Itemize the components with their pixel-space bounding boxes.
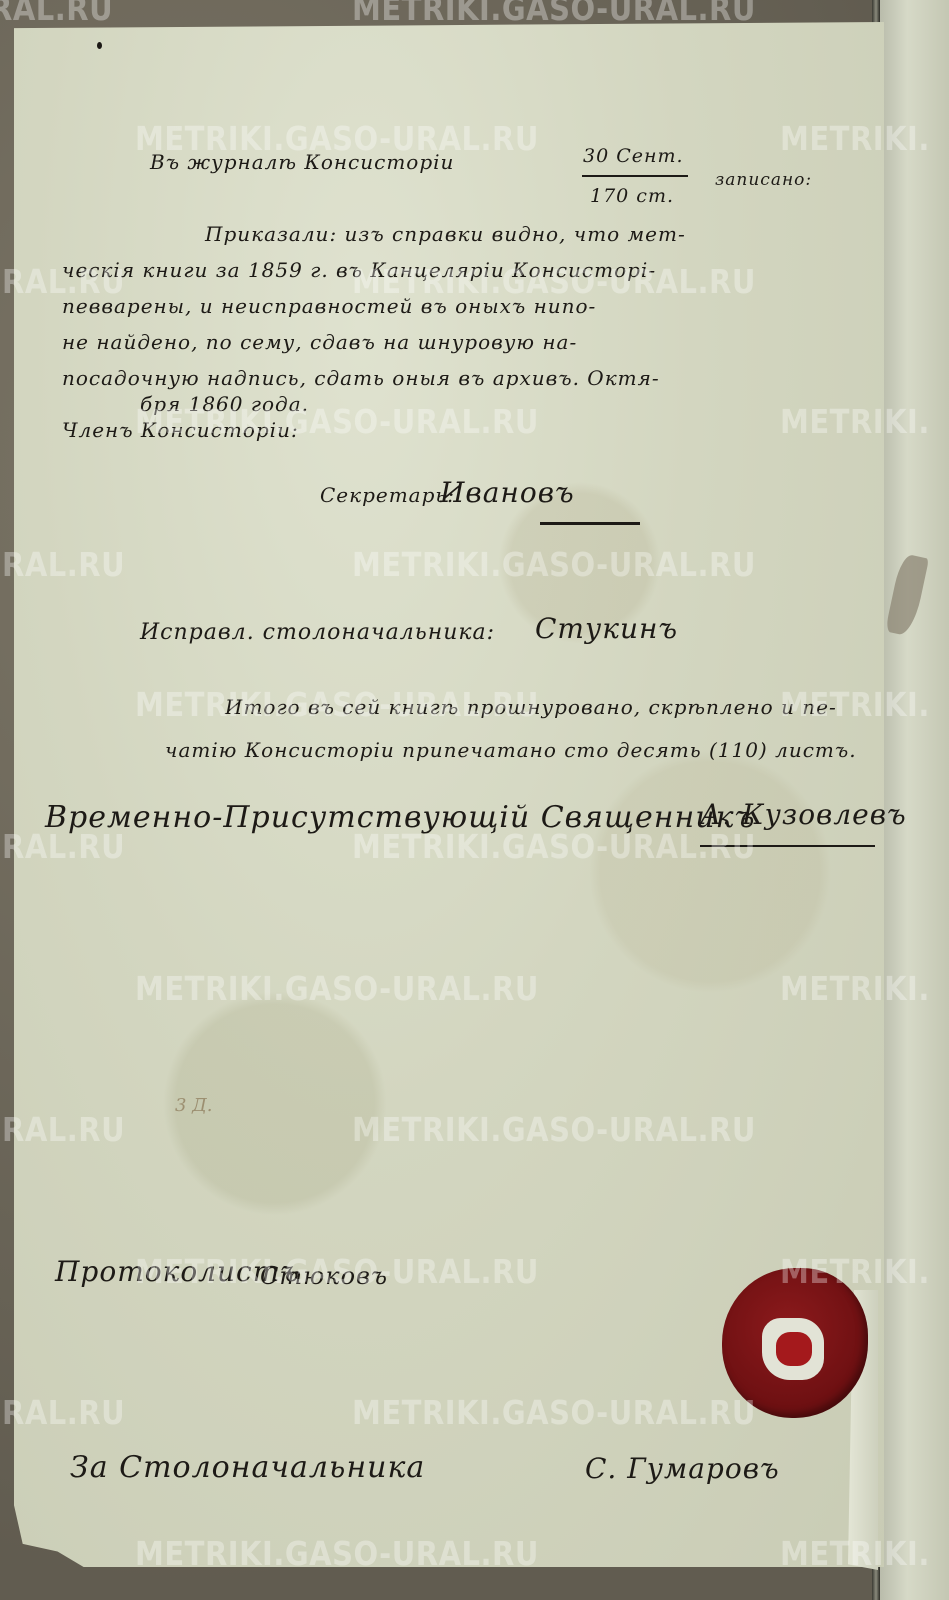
- priest-signature: А. Кузовлевъ: [700, 798, 907, 831]
- watermark: RAL.RU: [2, 1394, 125, 1432]
- secretary-signature: Ивановъ: [440, 476, 575, 509]
- record-header-suffix: записано:: [715, 170, 812, 190]
- seal-impression: [762, 1318, 824, 1380]
- fraction-bar: [582, 175, 688, 177]
- secretary-label: Секретарь:: [320, 483, 455, 507]
- record-date-numerator: 30 Сент.: [583, 145, 684, 167]
- watermark: METRIKI.GASO-URAL.RU: [352, 828, 756, 866]
- watermark: METRIKI.GASO-URAL.RU: [352, 0, 756, 28]
- watermark: METRIKI.GASO-URAL.RU: [352, 1111, 756, 1149]
- ink-dot: [97, 42, 102, 49]
- watermark: RAL.RU: [2, 263, 125, 301]
- watermark: METRIKI.: [780, 120, 930, 158]
- seal-emblem: [776, 1332, 812, 1366]
- watermark: RAL.RU: [2, 546, 125, 584]
- desk-head-signature: Стукинъ: [535, 612, 678, 645]
- watermark: METRIKI.: [780, 970, 930, 1008]
- clerk-signature: С. Гумаровъ: [585, 1452, 780, 1485]
- signature-underline: [540, 522, 640, 525]
- body-line-1: Приказали: изъ справки видно, что мет-: [205, 222, 686, 246]
- watermark: METRIKI.GASO-URAL.RU: [135, 970, 539, 1008]
- watermark: METRIKI.: [780, 1253, 930, 1291]
- watermark: RAL.RU: [0, 0, 113, 28]
- clerk-label: За Столоначальника: [70, 1450, 425, 1485]
- total-note-line-2: чатію Консисторіи припечатано сто десять…: [165, 738, 857, 762]
- watermark: RAL.RU: [2, 828, 125, 866]
- faint-annotation: 3 Д.: [175, 1095, 213, 1116]
- watermark: METRIKI.GASO-URAL.RU: [352, 546, 756, 584]
- watermark: METRIKI.GASO-URAL.RU: [135, 120, 539, 158]
- watermark: METRIKI.GASO-URAL.RU: [135, 1535, 539, 1573]
- watermark: METRIKI.GASO-URAL.RU: [352, 1394, 756, 1432]
- watermark: METRIKI.: [780, 686, 930, 724]
- desk-head-label: Исправл. столоначальника:: [140, 620, 495, 645]
- body-line-4: не найдено, по сему, сдавъ на шнуровую н…: [62, 330, 577, 354]
- watermark: METRIKI.GASO-URAL.RU: [135, 686, 539, 724]
- watermark: METRIKI.GASO-URAL.RU: [352, 263, 756, 301]
- watermark: METRIKI.: [780, 1535, 930, 1573]
- watermark: METRIKI.GASO-URAL.RU: [135, 403, 539, 441]
- watermark: RAL.RU: [2, 1111, 125, 1149]
- watermark: METRIKI.GASO-URAL.RU: [135, 1253, 539, 1291]
- record-date-denominator: 170 ст.: [590, 185, 674, 207]
- watermark: METRIKI.: [780, 403, 930, 441]
- body-line-5: посадочную надпись, сдать оныя въ архивъ…: [62, 366, 660, 390]
